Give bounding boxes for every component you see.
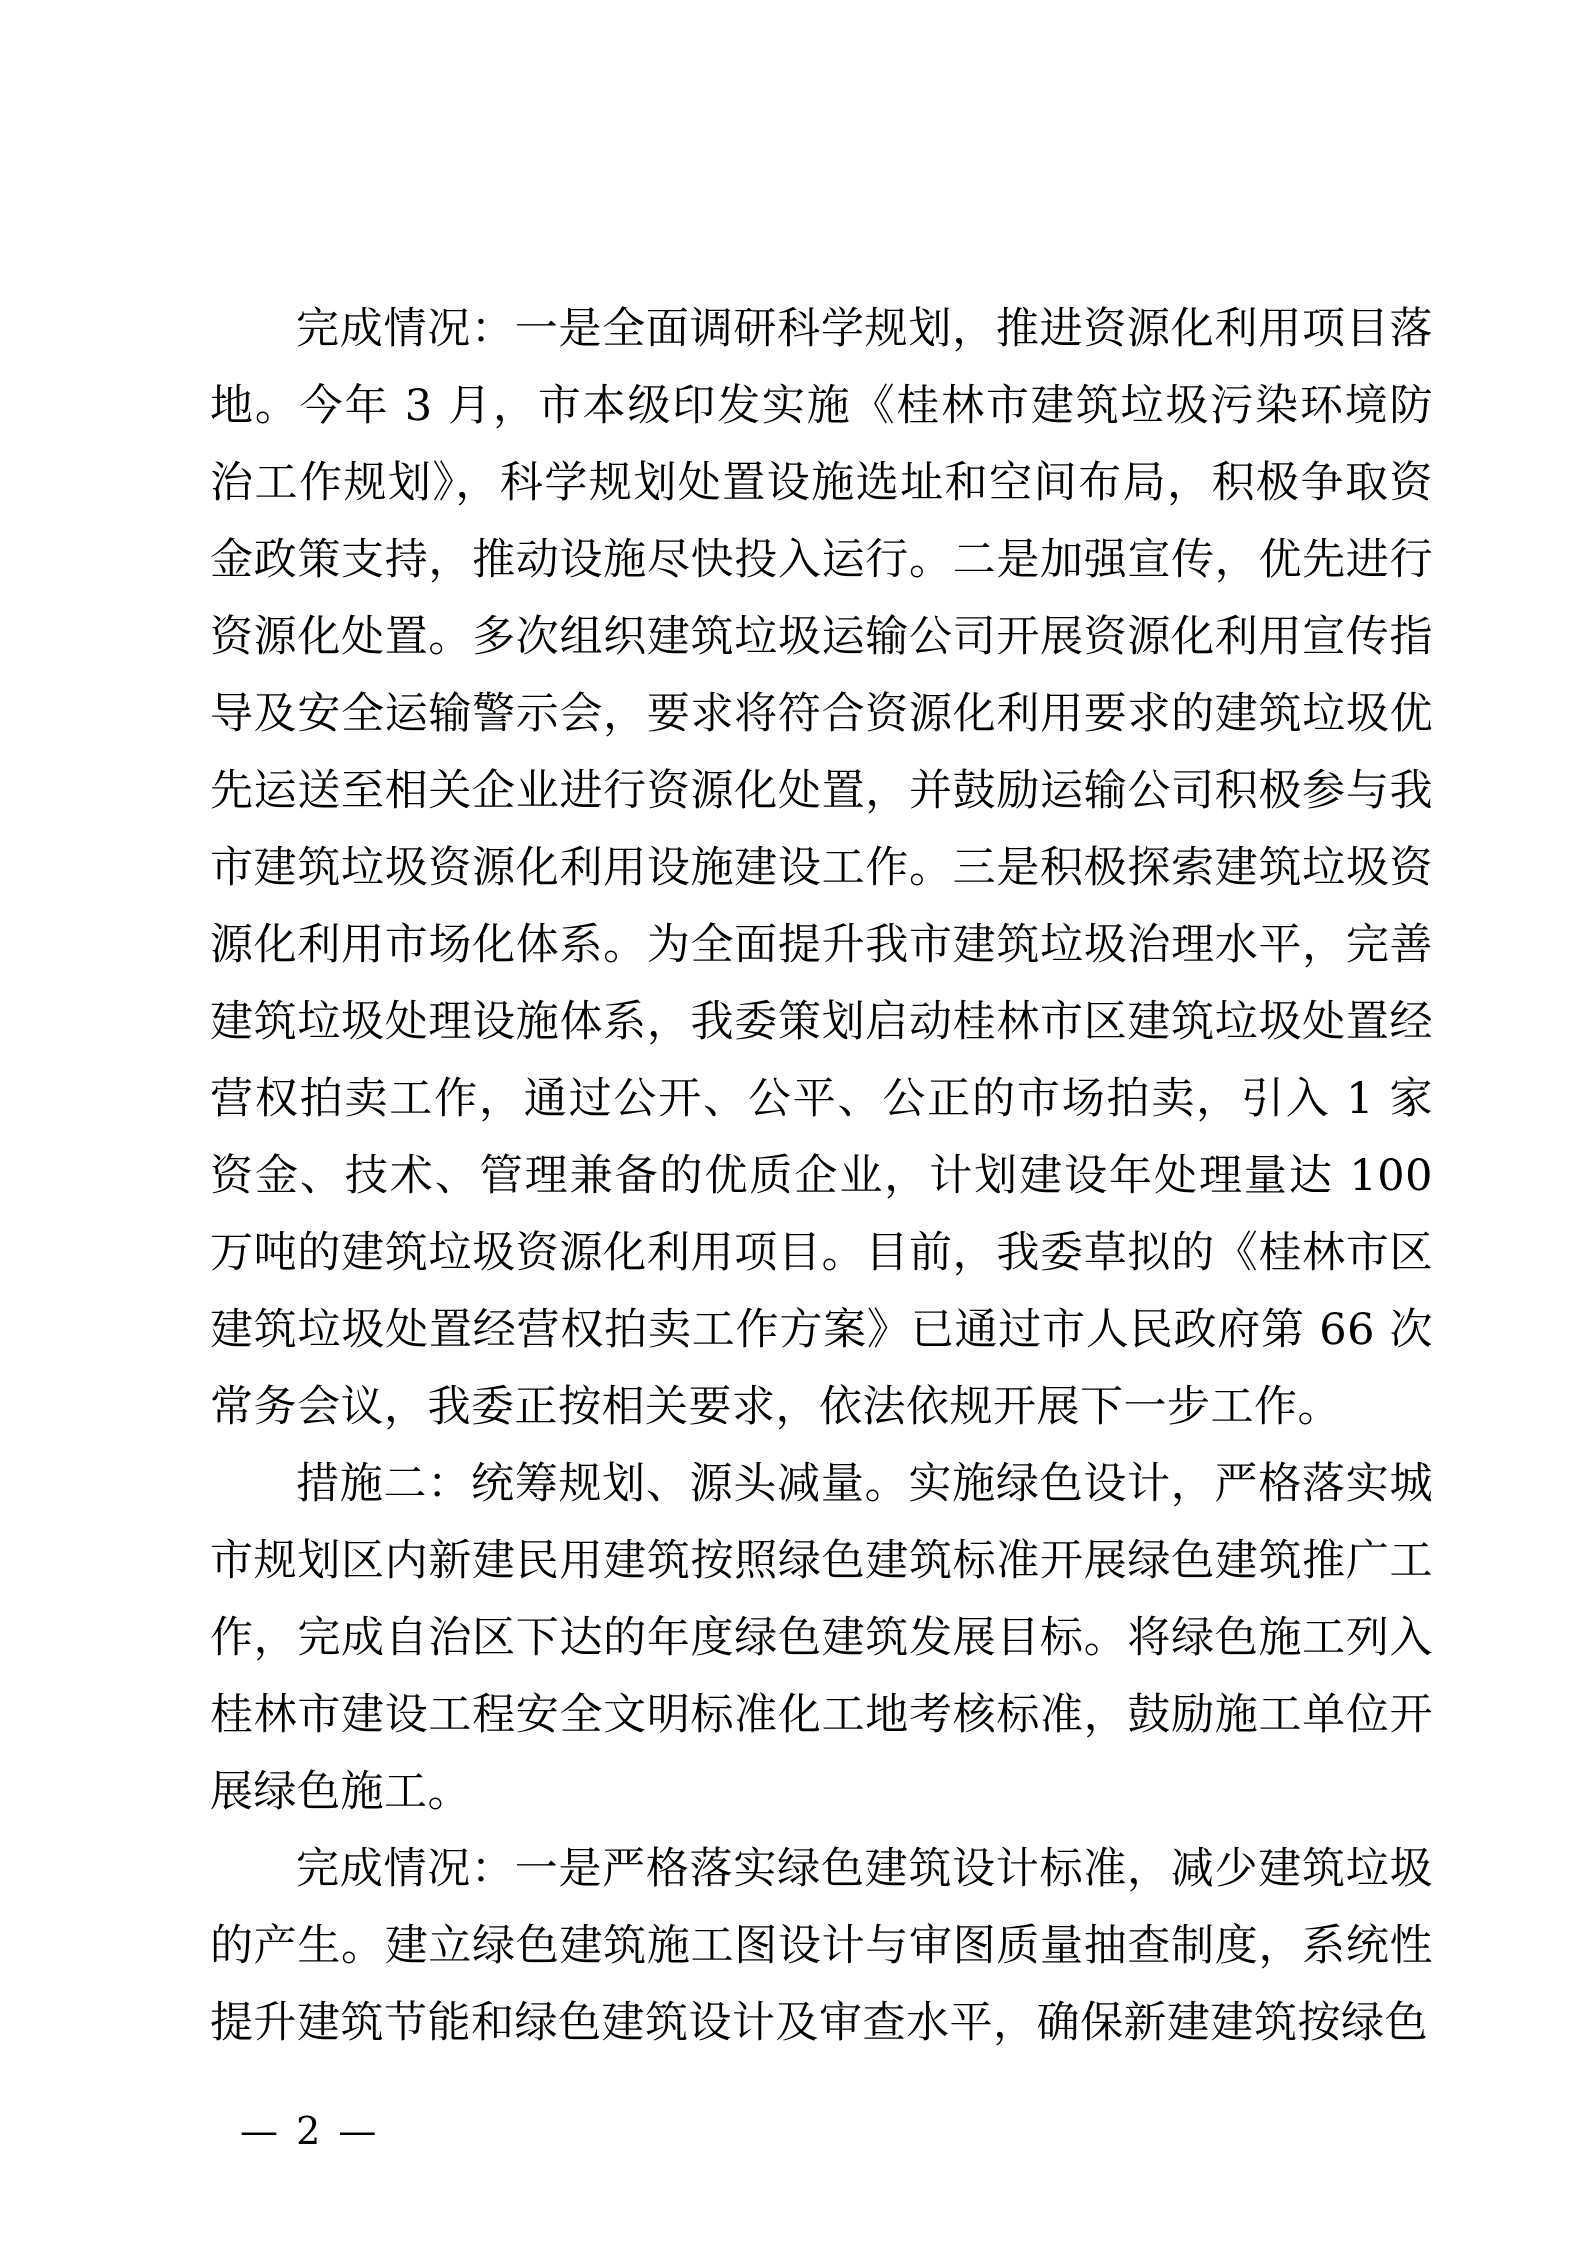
paragraph-measure-two: 措施二：统筹规划、源头减量。实施绿色设计，严格落实城市规划区内新建民用建筑按照绿… [210, 1446, 1433, 1831]
paragraph-completion-status-1: 完成情况：一是全面调研科学规划，推进资源化利用项目落地。今年 3 月，市本级印发… [210, 291, 1433, 1446]
document-page: 完成情况：一是全面调研科学规划，推进资源化利用项目落地。今年 3 月，市本级印发… [0, 0, 1587, 2245]
document-body: 完成情况：一是全面调研科学规划，推进资源化利用项目落地。今年 3 月，市本级印发… [210, 291, 1433, 2062]
paragraph-completion-status-2: 完成情况：一是严格落实绿色建筑设计标准，减少建筑垃圾的产生。建立绿色建筑施工图设… [210, 1831, 1433, 2062]
page-number: — 2 — [240, 2108, 379, 2154]
